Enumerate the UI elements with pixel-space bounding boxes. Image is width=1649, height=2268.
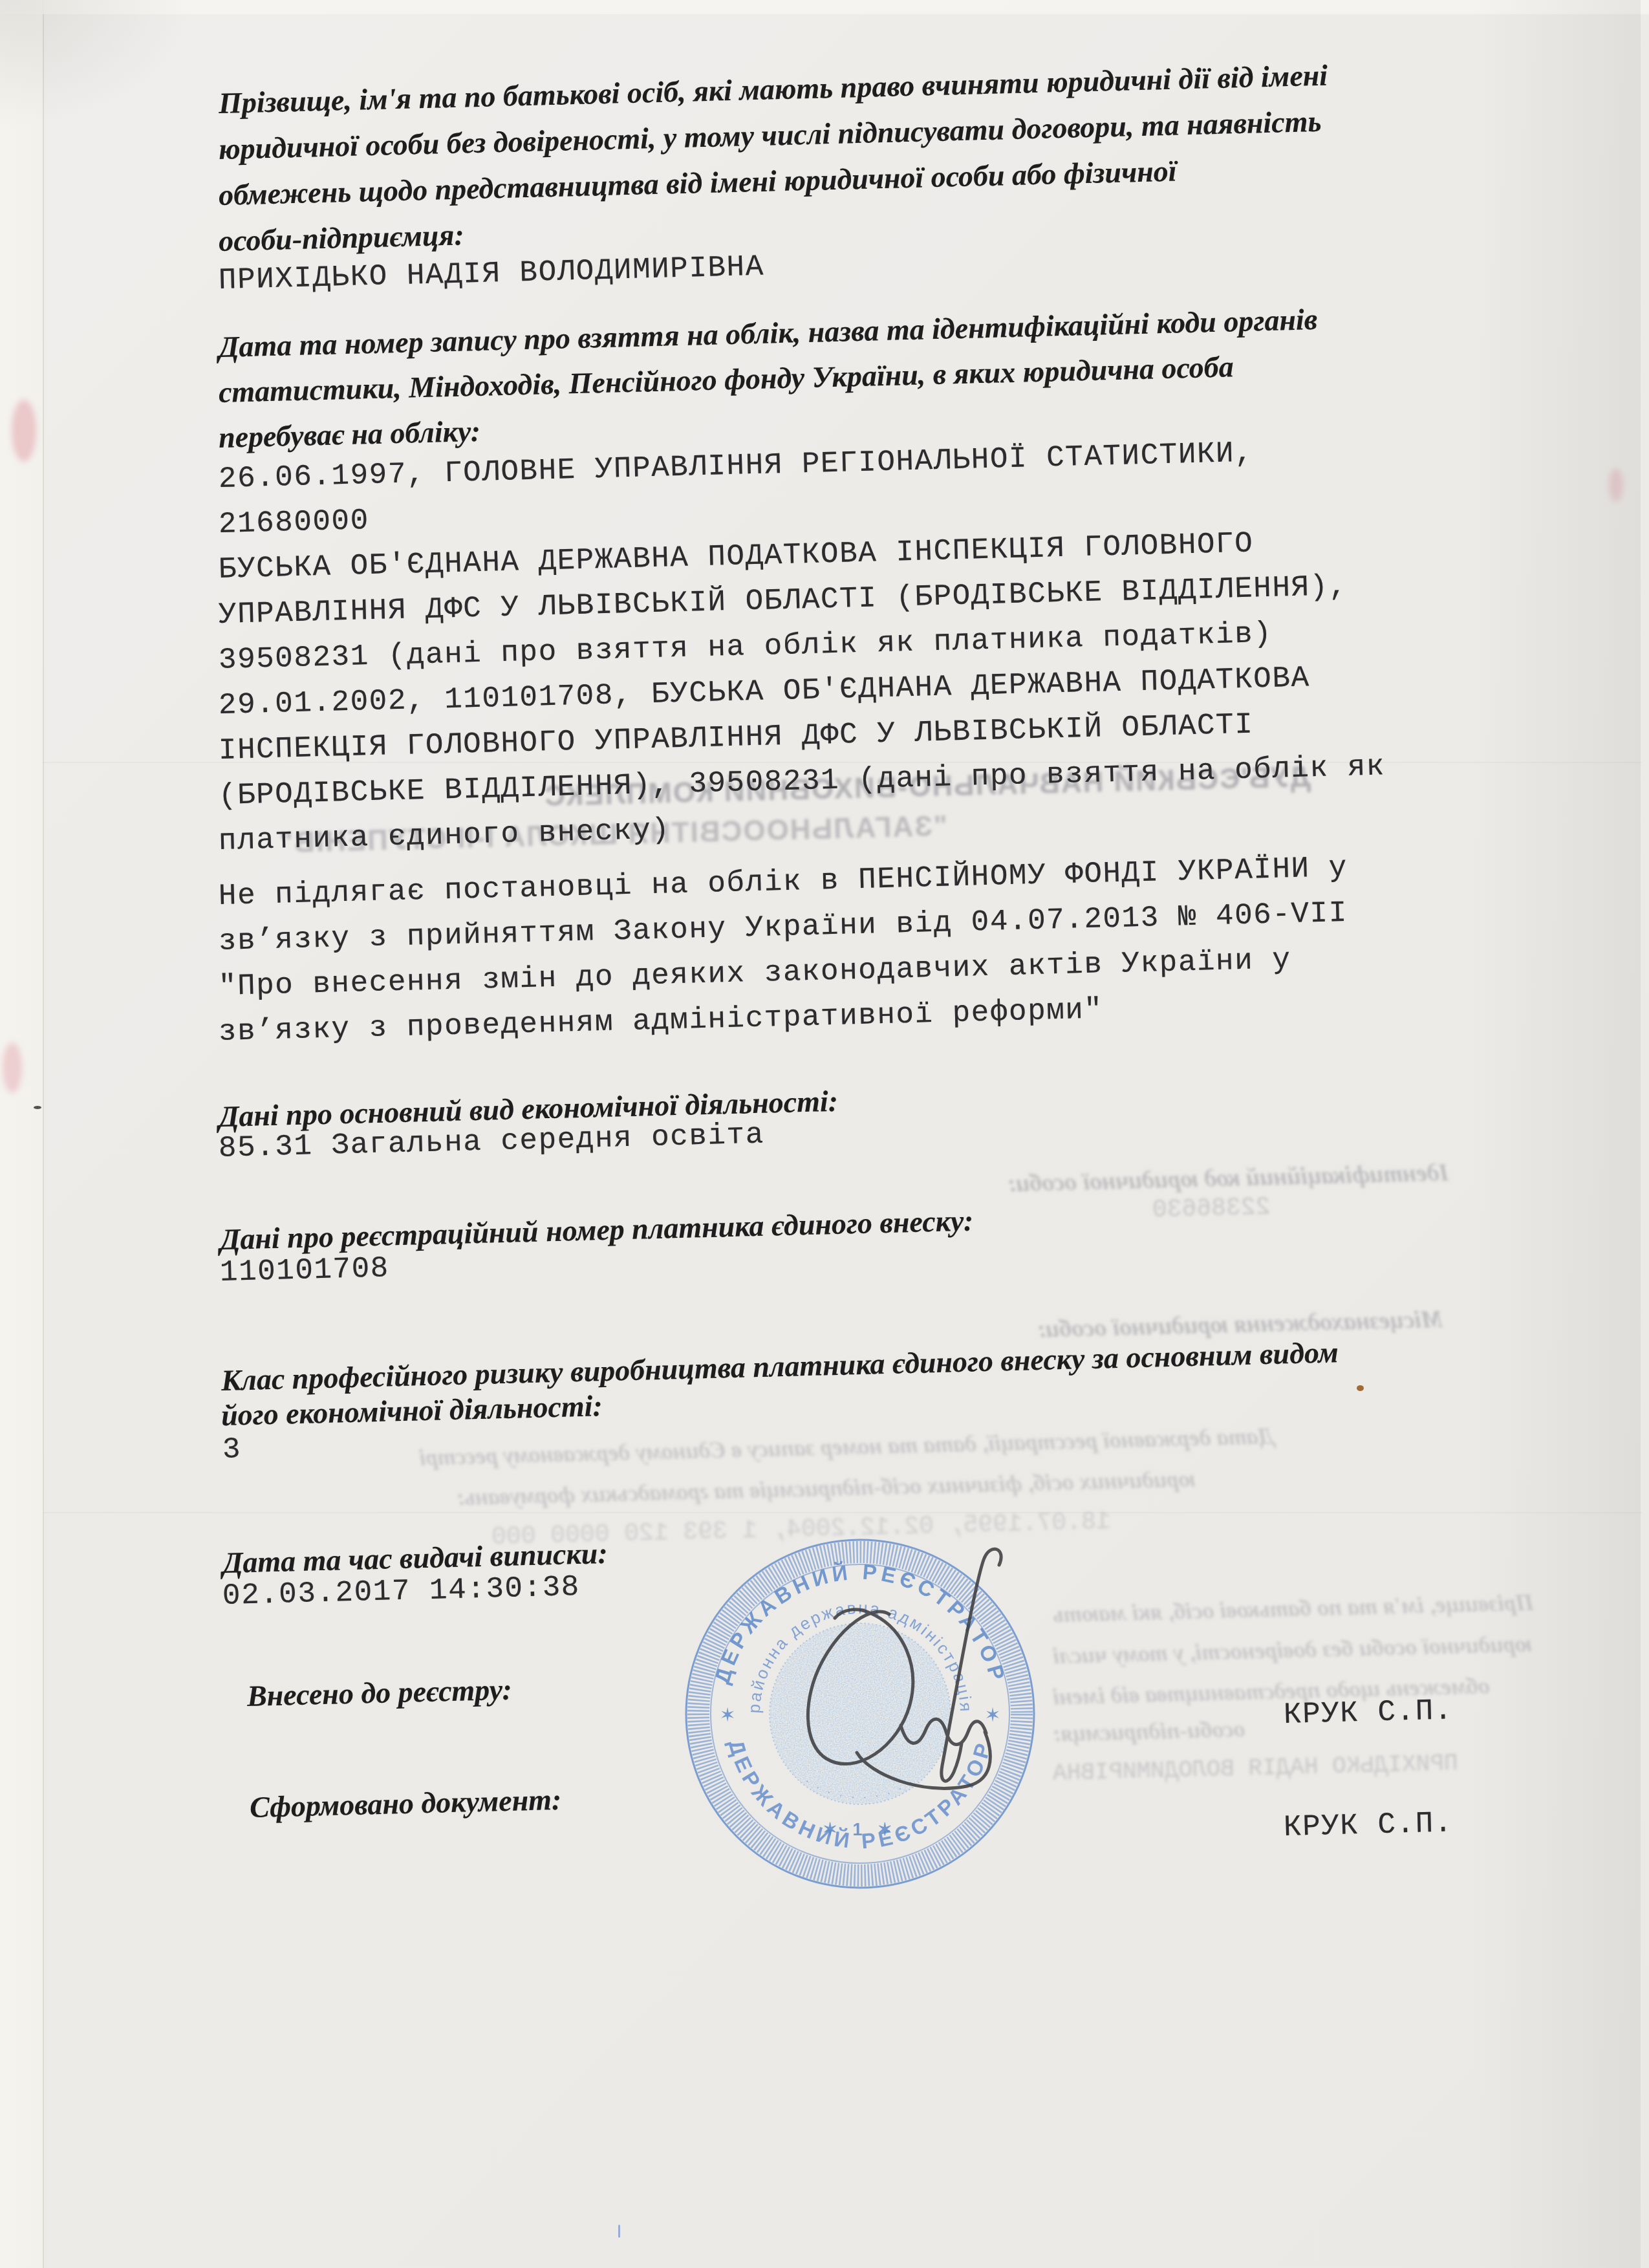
- bleedthrough-text: юридичної особи без довіреності, у тому …: [1053, 1630, 1533, 1670]
- risk-class-heading-line: Клас професійного ризику виробництва пла…: [221, 1335, 1339, 1398]
- registration-body-line: платника єдиного внеску): [218, 813, 671, 858]
- bleedthrough-text: 22386630: [1152, 1194, 1270, 1225]
- bleedthrough-text: юридичних осіб, фізичних осіб-підприємці…: [457, 1465, 1196, 1511]
- paper-crease: [43, 1512, 1641, 1513]
- single-tax-number-value: 110101708: [219, 1251, 389, 1290]
- registration-body-line: 21680000: [218, 504, 369, 541]
- scanner-edge-left: [0, 0, 44, 2268]
- pink-smudge: [1609, 468, 1623, 502]
- scan-shadow: [1472, 0, 1641, 2268]
- ink-speck: [618, 2225, 620, 2238]
- pink-smudge: [12, 400, 36, 462]
- ink-speck: [1357, 1385, 1364, 1391]
- bleedthrough-text: Ідентифікаційний код юридичної особи:: [1008, 1158, 1449, 1198]
- single-tax-number-heading: Дані про реєстраційний номер платника єд…: [219, 1204, 973, 1257]
- registration-heading-line: перебуває на обліку:: [218, 414, 480, 455]
- scanner-edge-top: [0, 0, 1649, 14]
- risk-class-value: 3: [222, 1432, 241, 1467]
- bleedthrough-text: Прізвище, ім'я та по батькові осіб, які …: [1053, 1589, 1535, 1628]
- formed-name: КРУК С.П.: [1283, 1806, 1453, 1844]
- entered-name: КРУК С.П.: [1283, 1694, 1453, 1732]
- pension-note-line: зв’язку з проведенням адміністративної р…: [218, 993, 1103, 1049]
- scanned-page: ДУБ'ЄСЬКИЙ НАВЧАЛЬНО-ВИХОВНИЙ КОМПЛЕКС "…: [0, 0, 1649, 2268]
- entered-label: Внесено до реєстру:: [246, 1672, 512, 1713]
- person-name-value: ПРИХІДЬКО НАДІЯ ВОЛОДИМИРІВНА: [218, 250, 764, 297]
- bleedthrough-text: Дата державної реєстрації, дата та номер…: [419, 1422, 1275, 1471]
- registrar-signature: [695, 1531, 1122, 1855]
- ink-speck: [34, 1106, 41, 1109]
- person-heading-line: особи-підприємця:: [218, 217, 464, 258]
- pink-smudge: [3, 1042, 22, 1093]
- formed-label: Сформовано документ:: [249, 1782, 562, 1824]
